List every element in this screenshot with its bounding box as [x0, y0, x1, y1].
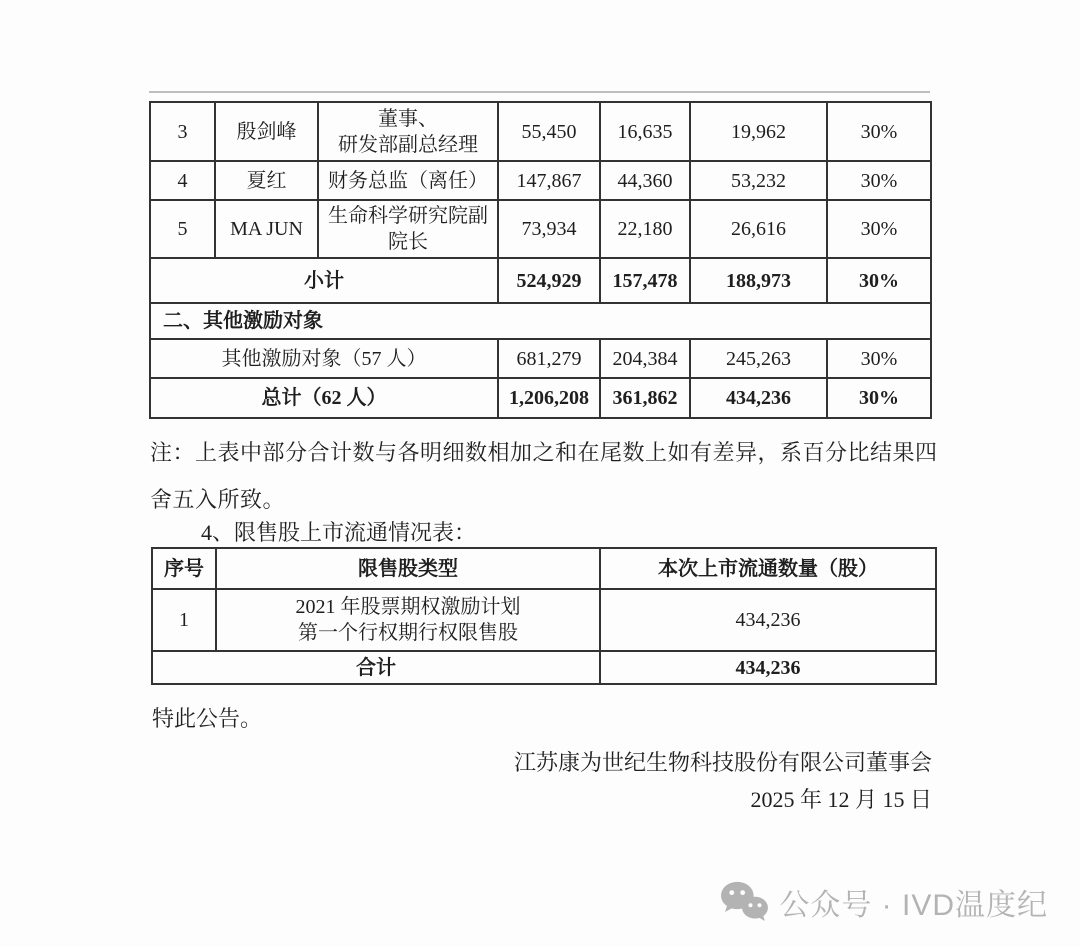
- cell-no: 5: [150, 200, 215, 258]
- header-qty: 本次上市流通数量（股）: [600, 548, 936, 589]
- restricted-table-row-1: 1 2021 年股票期权激励计划 第一个行权期行权限售股 434,236: [152, 589, 936, 651]
- table-row-section2: 二、其他激励对象: [150, 303, 931, 339]
- cell-v1: 22,180: [600, 200, 690, 258]
- cell-v2: 53,232: [690, 161, 827, 200]
- cell-pct: 30%: [827, 161, 931, 200]
- table-row-grand-total: 总计（62 人） 1,206,208 361,862 434,236 30%: [150, 378, 931, 418]
- total-pct: 30%: [827, 378, 931, 418]
- cell-title: 董事、 研发部副总经理: [318, 102, 498, 161]
- cell-name: 殷剑峰: [215, 102, 318, 161]
- closing-statement: 特此公告。: [152, 702, 262, 733]
- table-row-ma-jun: 5 MA JUN 生命科学研究院副院长 73,934 22,180 26,616…: [150, 200, 931, 258]
- company-signature: 江苏康为世纪生物科技股份有限公司董事会: [150, 744, 932, 781]
- others-pct: 30%: [827, 339, 931, 378]
- subtotal-label: 小计: [150, 258, 498, 303]
- cell-name: 夏红: [215, 161, 318, 200]
- cell-title: 生命科学研究院副院长: [318, 200, 498, 258]
- restricted-total-label: 合计: [152, 651, 600, 684]
- cell-v2: 26,616: [690, 200, 827, 258]
- table-row-xia-hong: 4 夏红 财务总监（离任） 147,867 44,360 53,232 30%: [150, 161, 931, 200]
- header-type: 限售股类型: [216, 548, 600, 589]
- cell-title: 财务总监（离任）: [318, 161, 498, 200]
- section2-header: 二、其他激励对象: [150, 303, 931, 339]
- total-label: 总计（62 人）: [150, 378, 498, 418]
- footnote-paragraph: 注：上表中部分合计数与各明细数相加之和在尾数上如有差异，系百分比结果四舍五入所致…: [150, 429, 942, 523]
- cell-no: 4: [150, 161, 215, 200]
- table-row-yin-jianfeng: 3 殷剑峰 董事、 研发部副总经理 55,450 16,635 19,962 3…: [150, 102, 931, 161]
- cell-v1: 16,635: [600, 102, 690, 161]
- signature-block: 江苏康为世纪生物科技股份有限公司董事会 2025 年 12 月 15 日: [150, 744, 932, 818]
- cell-qty: 147,867: [498, 161, 600, 200]
- cropped-table-border: [149, 91, 930, 93]
- cell-type: 2021 年股票期权激励计划 第一个行权期行权限售股: [216, 589, 600, 651]
- signature-date: 2025 年 12 月 15 日: [150, 781, 932, 818]
- announcement-page: 3 殷剑峰 董事、 研发部副总经理 55,450 16,635 19,962 3…: [0, 0, 1080, 947]
- cell-pct: 30%: [827, 102, 931, 161]
- wechat-icon: [719, 880, 769, 924]
- others-v2: 245,263: [690, 339, 827, 378]
- incentive-detail-table: 3 殷剑峰 董事、 研发部副总经理 55,450 16,635 19,962 3…: [149, 101, 932, 419]
- cell-qty: 73,934: [498, 200, 600, 258]
- restricted-shares-table: 序号 限售股类型 本次上市流通数量（股） 1 2021 年股票期权激励计划 第一…: [151, 547, 937, 685]
- cell-qty: 55,450: [498, 102, 600, 161]
- subtotal-v1: 157,478: [600, 258, 690, 303]
- table-row-other-targets: 其他激励对象（57 人） 681,279 204,384 245,263 30%: [150, 339, 931, 378]
- cell-qty: 434,236: [600, 589, 936, 651]
- cell-pct: 30%: [827, 200, 931, 258]
- restricted-total-qty: 434,236: [600, 651, 936, 684]
- total-v1: 361,862: [600, 378, 690, 418]
- others-v1: 204,384: [600, 339, 690, 378]
- restricted-table-header-row: 序号 限售股类型 本次上市流通数量（股）: [152, 548, 936, 589]
- cell-v2: 19,962: [690, 102, 827, 161]
- watermark-label: 公众号 · IVD温度纪: [779, 880, 1048, 924]
- total-qty: 1,206,208: [498, 378, 600, 418]
- header-no: 序号: [152, 548, 216, 589]
- wechat-watermark: 公众号 · IVD温度纪: [719, 880, 1048, 924]
- cell-name: MA JUN: [215, 200, 318, 258]
- subtotal-v2: 188,973: [690, 258, 827, 303]
- table-row-subtotal: 小计 524,929 157,478 188,973 30%: [150, 258, 931, 303]
- subtotal-qty: 524,929: [498, 258, 600, 303]
- cell-no: 3: [150, 102, 215, 161]
- others-qty: 681,279: [498, 339, 600, 378]
- restricted-table-total-row: 合计 434,236: [152, 651, 936, 684]
- subtotal-pct: 30%: [827, 258, 931, 303]
- cell-v1: 44,360: [600, 161, 690, 200]
- section4-heading: 4、限售股上市流通情况表：: [201, 516, 476, 547]
- others-label: 其他激励对象（57 人）: [150, 339, 498, 378]
- total-v2: 434,236: [690, 378, 827, 418]
- cell-no: 1: [152, 589, 216, 651]
